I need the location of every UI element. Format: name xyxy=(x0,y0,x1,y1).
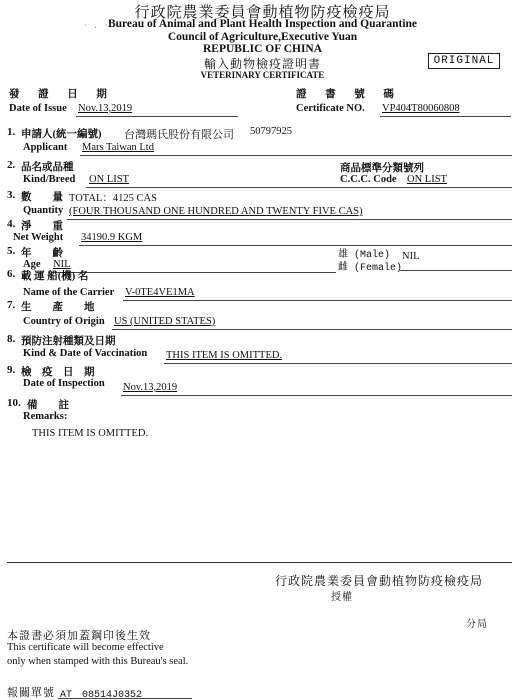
issue-date-underline xyxy=(76,116,238,117)
origin-label-en: Country of Origin xyxy=(23,316,105,327)
quantity-underline xyxy=(67,219,512,220)
issue-date-value: Nov.13,2019 xyxy=(78,103,132,114)
inspection-date-label-en: Date of Inspection xyxy=(23,378,105,389)
applicant-label-zh: 申請人(統一編號) xyxy=(21,126,102,141)
bureau-title-en: Bureau of Animal and Plant Health Inspec… xyxy=(4,18,517,30)
vaccination-underline xyxy=(164,363,512,364)
remarks-label-zh: 備 註 xyxy=(27,397,69,412)
applicant-tax-id: 50797925 xyxy=(250,126,292,137)
certificate-no-value: VP404T80060808 xyxy=(382,103,460,114)
net-weight-label-en: Net Weight xyxy=(13,232,63,243)
applicant-value: Mars Taiwan Ltd xyxy=(82,142,154,153)
quantity-value: (FOUR THOUSAND ONE HUNDRED AND TWENTY FI… xyxy=(69,206,363,217)
ccc-code-value: ON LIST xyxy=(407,174,447,185)
seal-notice-en-line-2: only when stamped with this Bureau's sea… xyxy=(7,656,188,667)
applicant-label-en: Applicant xyxy=(23,142,67,153)
net-weight-label-zh: 淨 重 xyxy=(21,218,63,233)
field-5-number: 5. xyxy=(7,245,15,257)
sex-value: NIL xyxy=(402,251,420,262)
quantity-label-en: Quantity xyxy=(23,205,63,216)
kind-underline xyxy=(86,187,336,188)
origin-label-zh: 生 產 地 xyxy=(21,299,95,314)
authority-name-zh: 行政院農業委員會動植物防疫檢疫局 xyxy=(275,572,483,589)
field-9-number: 9. xyxy=(7,364,15,376)
council-title: Council of Agriculture,Executive Yuan xyxy=(4,31,517,43)
origin-underline xyxy=(112,329,512,330)
carrier-label-zh: 載 運 船(機) 名 xyxy=(21,268,88,283)
carrier-underline xyxy=(123,300,512,301)
quantity-total: TOTAL：4125 CAS xyxy=(69,190,157,205)
customs-number-label-zh: 報關單號 xyxy=(7,684,55,700)
age-underline xyxy=(51,272,336,273)
applicant-underline xyxy=(80,155,512,156)
certificate-no-underline xyxy=(380,116,511,117)
vaccination-label-zh: 預防注射種類及日期 xyxy=(21,333,116,348)
field-10-number: 10. xyxy=(7,397,21,409)
original-stamp-box: ORIGINAL xyxy=(428,53,500,69)
field-3-number: 3. xyxy=(7,189,15,201)
remarks-label-en: Remarks: xyxy=(23,411,67,422)
net-weight-underline xyxy=(79,245,512,246)
applicant-name-zh: 台灣瑪氏股份有限公司 xyxy=(124,126,234,142)
female-label: 雌 (Female) xyxy=(338,258,402,274)
kind-label-en: Kind/Breed xyxy=(23,174,75,185)
seal-notice-en-line-1: This certificate will become effective xyxy=(7,642,164,653)
field-1-number: 1. xyxy=(7,126,15,138)
carrier-label-en: Name of the Carrier xyxy=(23,287,114,298)
net-weight-value: 34190.9 KGM xyxy=(81,232,142,243)
issue-date-label-en: Date of Issue xyxy=(9,103,67,114)
field-8-number: 8. xyxy=(7,333,15,345)
age-label-zh: 年 齡 xyxy=(21,245,63,260)
quantity-label-zh: 數 量 xyxy=(21,189,63,204)
origin-value: US (UNITED STATES) xyxy=(114,316,215,327)
kind-label-zh: 品名或品種 xyxy=(21,159,74,174)
inspection-date-label-zh: 檢 疫 日 期 xyxy=(21,364,95,379)
inspection-date-underline xyxy=(121,395,512,396)
field-2-number: 2. xyxy=(7,159,15,171)
certificate-no-label-en: Certificate NO. xyxy=(296,103,365,114)
branch-label-zh: 分局 xyxy=(466,615,488,630)
issue-date-label-zh: 發 證 日 期 xyxy=(9,86,115,101)
vaccination-value: THIS ITEM IS OMITTED. xyxy=(166,350,282,361)
remarks-value: THIS ITEM IS OMITTED. xyxy=(32,428,148,439)
inspection-date-value: Nov.13,2019 xyxy=(123,382,177,393)
document-title-en: VETERINARY CERTIFICATE xyxy=(4,70,517,80)
carrier-value: V-0TE4VE1MA xyxy=(125,287,195,298)
vaccination-label-en: Kind & Date of Vaccination xyxy=(23,348,147,359)
field-7-number: 7. xyxy=(7,299,15,311)
sex-underline xyxy=(400,270,512,271)
ccc-code-label-en: C.C.C. Code xyxy=(340,174,397,185)
ccc-code-label-zh: 商品標準分類號列 xyxy=(340,160,424,175)
kind-value: ON LIST xyxy=(89,174,129,185)
ccc-code-underline xyxy=(336,187,512,188)
authorized-label-zh: 授權 xyxy=(331,588,353,603)
field-6-number: 6. xyxy=(7,268,15,280)
certificate-no-label-zh: 證 書 號 碼 xyxy=(296,86,402,101)
footer-separator xyxy=(7,562,512,563)
seal-notice-zh: 本證書必須加蓋鋼印後生效 xyxy=(7,627,151,643)
customs-number-underline xyxy=(58,698,192,699)
field-4-number: 4. xyxy=(7,218,15,230)
